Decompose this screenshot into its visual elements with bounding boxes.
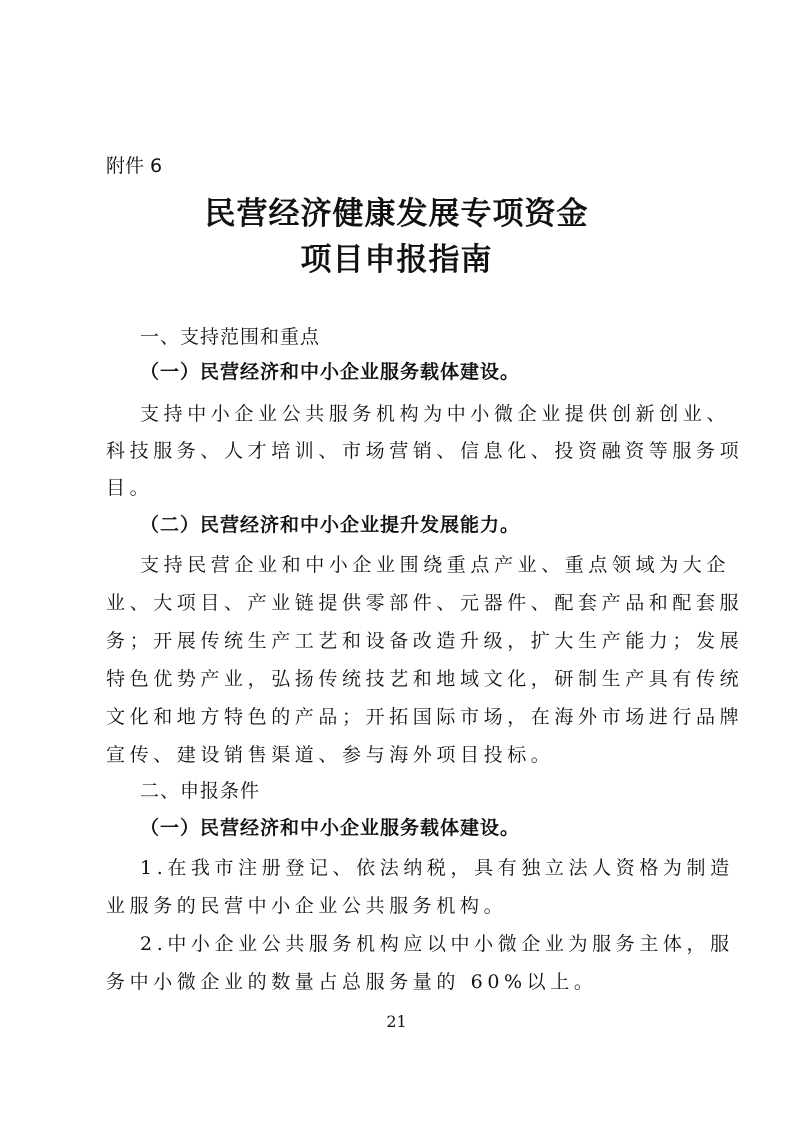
paragraph-line: 业、大项目、产业链提供零部件、元器件、配套产品和配套服 bbox=[106, 588, 743, 615]
paragraph-line: 特色优势产业，弘扬传统技艺和地域文化，研制生产具有传统 bbox=[106, 664, 743, 691]
document-title-line2: 项目申报指南 bbox=[0, 234, 793, 279]
paragraph-line: 宣传、建设销售渠道、参与海外项目投标。 bbox=[106, 740, 554, 767]
paragraph-line: 业服务的民营中小企业公共服务机构。 bbox=[106, 891, 507, 918]
paragraph-line: 文化和地方特色的产品；开拓国际市场，在海外市场进行品牌 bbox=[106, 702, 743, 729]
paragraph-line: 务；开展传统生产工艺和设备改造升级，扩大生产能力；发展 bbox=[106, 626, 743, 653]
paragraph-line: 科技服务、人才培训、市场营销、信息化、投资融资等服务项 bbox=[106, 436, 743, 463]
paragraph-line: 1.在我市注册登记、依法纳税，具有独立法人资格为制造 bbox=[140, 853, 734, 880]
section-heading-conditions: 二、申报条件 bbox=[140, 776, 260, 803]
document-title-line1: 民营经济健康发展专项资金 bbox=[0, 188, 793, 233]
attachment-label: 附件 6 bbox=[106, 151, 162, 178]
subsection-heading-capability: （二）民营经济和中小企业提升发展能力。 bbox=[140, 510, 520, 537]
paragraph-line: 目。 bbox=[106, 473, 153, 500]
page-number: 21 bbox=[0, 1012, 793, 1031]
section-heading-scope: 一、支持范围和重点 bbox=[140, 322, 320, 349]
paragraph-line: 支持中小企业公共服务机构为中小微企业提供创新创业、 bbox=[140, 399, 730, 426]
paragraph-line: 支持民营企业和中小企业围绕重点产业、重点领域为大企 bbox=[140, 550, 730, 577]
paragraph-line: 务中小微企业的数量占总服务量的 60%以上。 bbox=[106, 967, 597, 994]
paragraph-line: 2.中小企业公共服务机构应以中小微企业为服务主体，服 bbox=[140, 929, 734, 956]
subsection-heading-service-carrier-2: （一）民营经济和中小企业服务载体建设。 bbox=[140, 813, 520, 840]
subsection-heading-service-carrier: （一）民营经济和中小企业服务载体建设。 bbox=[140, 357, 520, 384]
